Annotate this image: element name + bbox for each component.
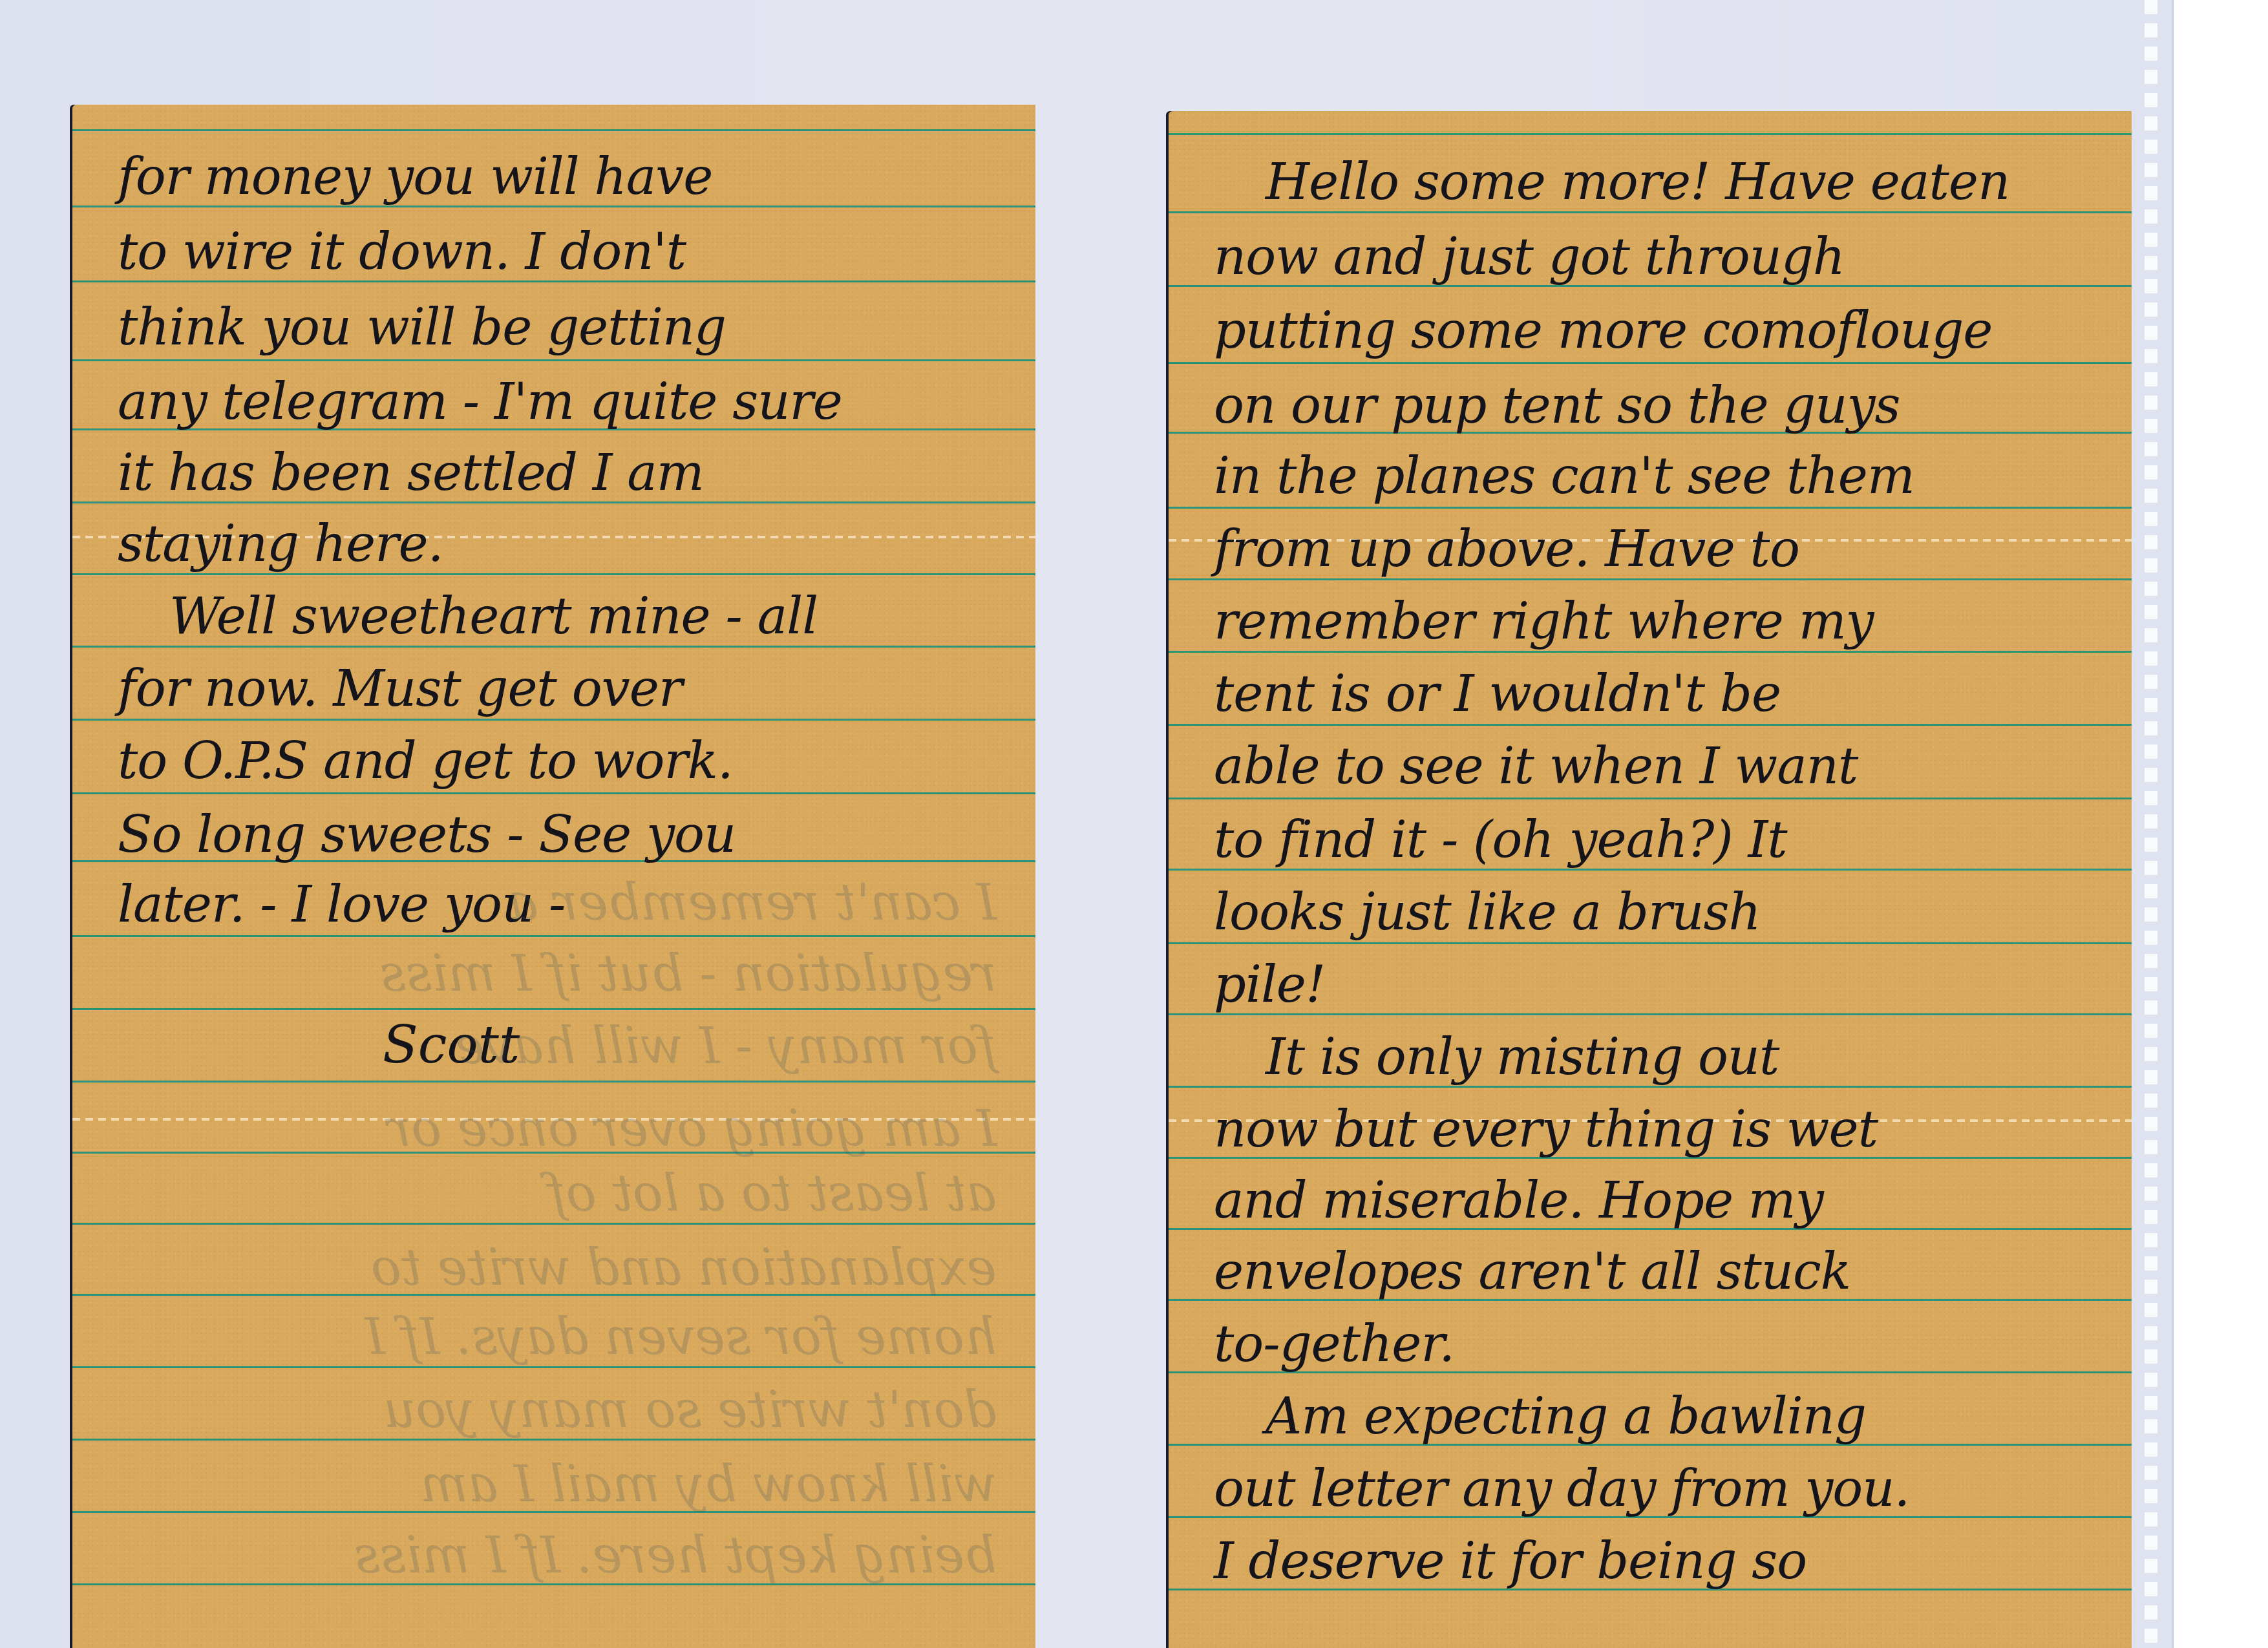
show-through-text: for many - I will have	[455, 1017, 997, 1075]
rule-line	[72, 1081, 1035, 1083]
handwritten-line: putting some more comoflouge	[1214, 299, 2106, 372]
handwritten-line: to O.P.S and get to work.	[118, 729, 1010, 802]
handwritten-line: to-gether.	[1214, 1312, 2106, 1385]
show-through-text: I am going over once or	[387, 1100, 997, 1158]
show-through-text: at least to a lot of	[547, 1165, 997, 1223]
sleeve-perforated-seam	[2145, 0, 2157, 1648]
handwritten-line: Hello some more! Have eaten	[1266, 150, 2106, 223]
handwritten-line: from up above. Have to	[1214, 517, 2106, 590]
handwritten-line: I deserve it for being so	[1214, 1529, 2106, 1602]
handwritten-line: remember right where my	[1214, 589, 2106, 662]
handwritten-line: staying here.	[118, 512, 1010, 585]
handwritten-line: pile!	[1214, 953, 2106, 1026]
handwritten-line: envelopes aren't all stuck	[1214, 1240, 2106, 1313]
handwritten-line: Well sweetheart mine - all	[169, 584, 1010, 657]
handwritten-line: for now. Must get over	[118, 657, 1010, 730]
show-through-text: home for seven days. If I	[365, 1308, 997, 1366]
handwritten-line: and miserable. Hope my	[1214, 1168, 2106, 1241]
show-through-text: don't write so many you	[383, 1381, 997, 1439]
letter-page-right: Hello some more! Have eaten now and just…	[1169, 111, 2132, 1648]
show-through-text: explanation and write to	[371, 1239, 997, 1297]
rule-line	[72, 129, 1035, 131]
handwritten-line: in the planes can't see them	[1214, 444, 2106, 517]
handwritten-line: It is only misting out	[1266, 1025, 2106, 1098]
handwritten-line: it has been settled I am	[118, 441, 1010, 514]
show-through-text: being kept here. If I miss	[354, 1527, 997, 1585]
handwritten-line: now and just got through	[1214, 225, 2106, 298]
handwritten-line: to wire it down. I don't	[118, 220, 1010, 293]
letter-page-left: for money you will have to wire it down.…	[72, 105, 1035, 1648]
handwritten-line: any telegram - I'm quite sure	[118, 370, 1010, 443]
handwritten-line: think you will be getting	[118, 295, 1010, 368]
handwritten-line: out letter any day from you.	[1214, 1457, 2106, 1530]
handwritten-line: for money you will have	[118, 145, 1010, 218]
handwritten-line: tent is or I wouldn't be	[1214, 662, 2106, 735]
handwritten-line: to find it - (oh yeah?) It	[1214, 808, 2106, 881]
handwritten-line: on our pup tent so the guys	[1214, 374, 2106, 447]
rule-line	[72, 1366, 1035, 1368]
handwritten-line: Am expecting a bawling	[1266, 1384, 2106, 1457]
rule-line	[72, 1223, 1035, 1225]
show-through-text: will know by mail I am	[420, 1455, 997, 1514]
handwritten-line: able to see it when I want	[1214, 734, 2106, 807]
rule-line	[1169, 133, 2132, 135]
show-through-text: regulation - but if I miss	[380, 945, 997, 1003]
handwritten-line: So long sweets - See you	[118, 803, 1010, 876]
show-through-text: I can't remember a	[508, 874, 997, 932]
handwritten-line: now but every thing is wet	[1214, 1097, 2106, 1170]
handwritten-line: looks just like a brush	[1214, 880, 2106, 953]
rule-line	[72, 1008, 1035, 1010]
